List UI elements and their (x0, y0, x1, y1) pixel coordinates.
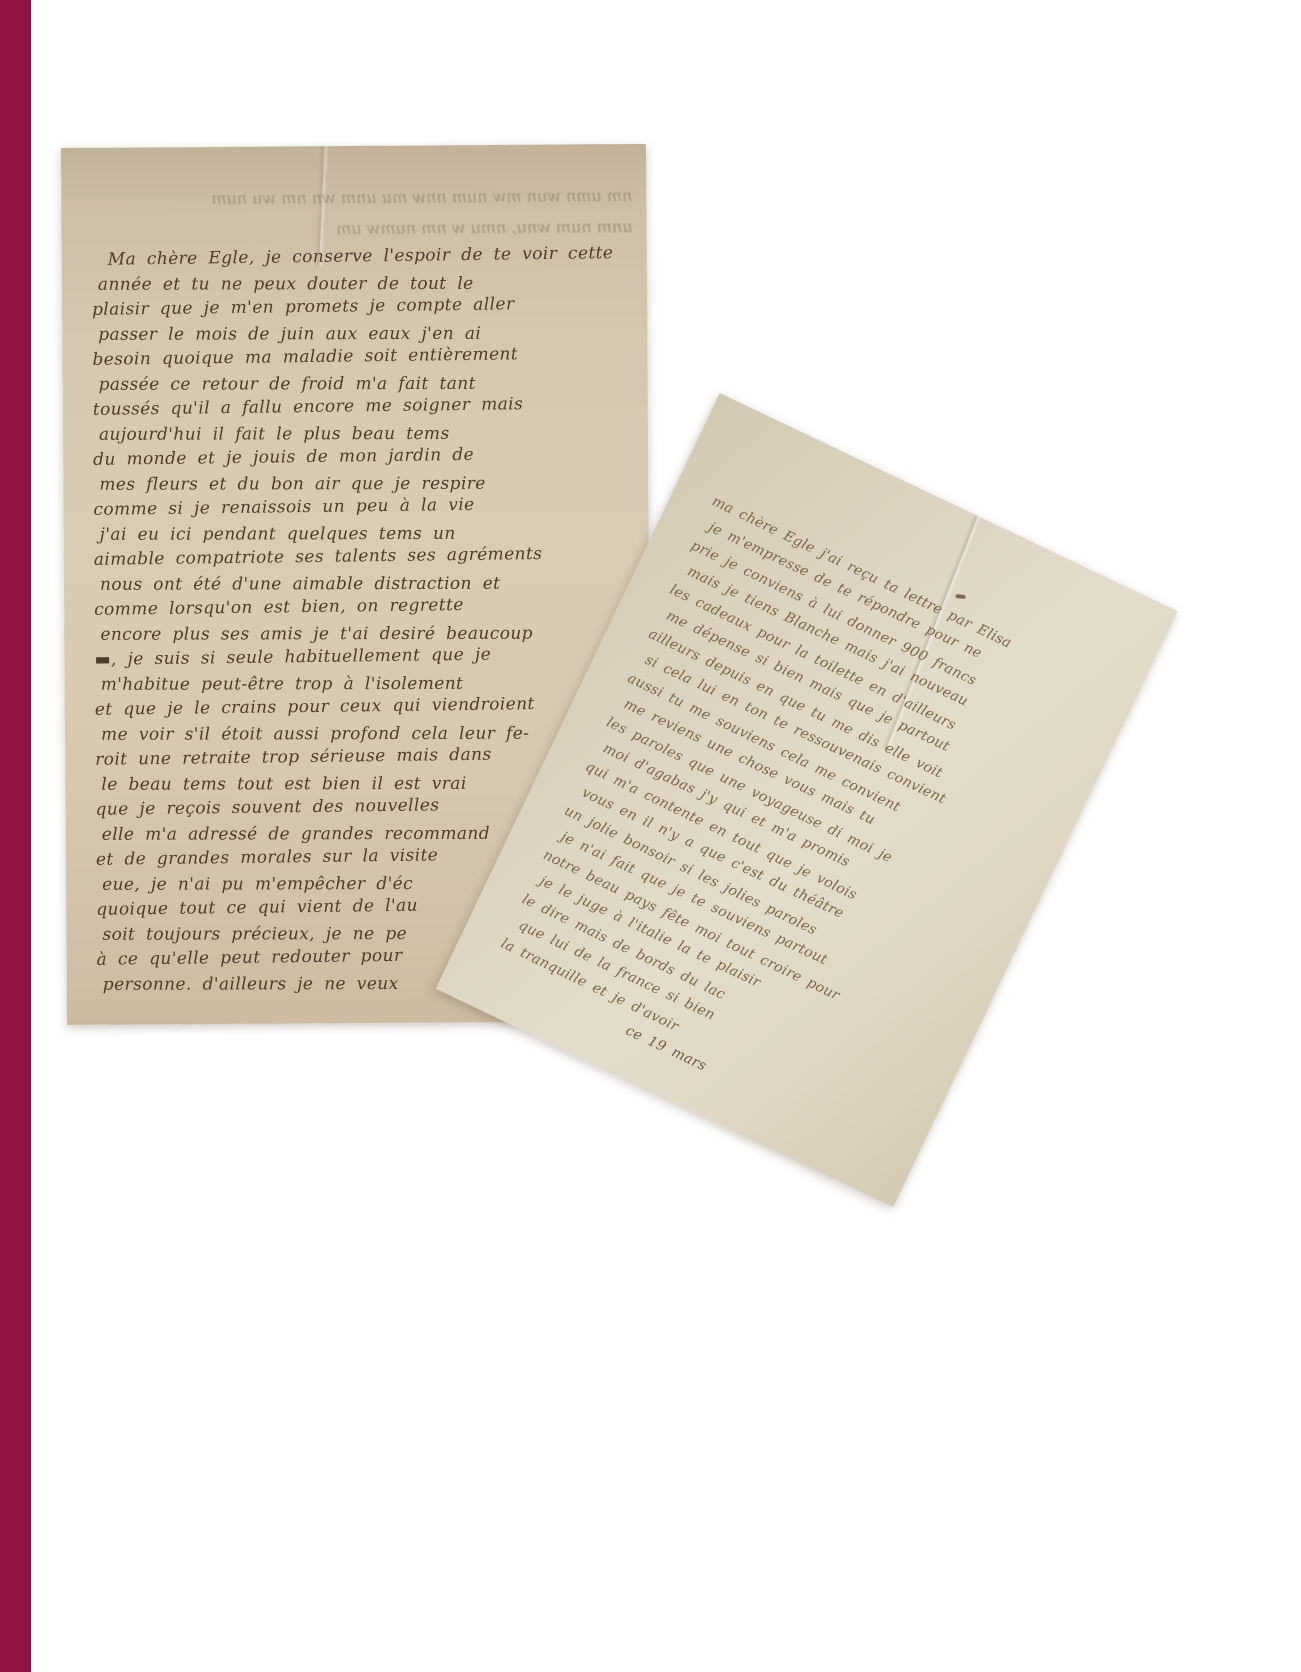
accent-bar (0, 0, 31, 1672)
catalog-page: nm umn wun mw num nnw mu unm wn nm wu nu… (0, 0, 1301, 1672)
ink-spot (955, 594, 965, 599)
handwriting-line: Ma chère Egle, je conserve l'espoir de t… (108, 244, 637, 273)
handwriting-line: unm num wnu, nmu w nm numw um (101, 211, 632, 246)
bleedthrough-text: nm umn wun mw num nnw mu unm wn nm wu nu… (101, 180, 632, 246)
handwriting-line: nm umn wun mw num nnw mu unm wn nm wu nu… (101, 180, 632, 215)
